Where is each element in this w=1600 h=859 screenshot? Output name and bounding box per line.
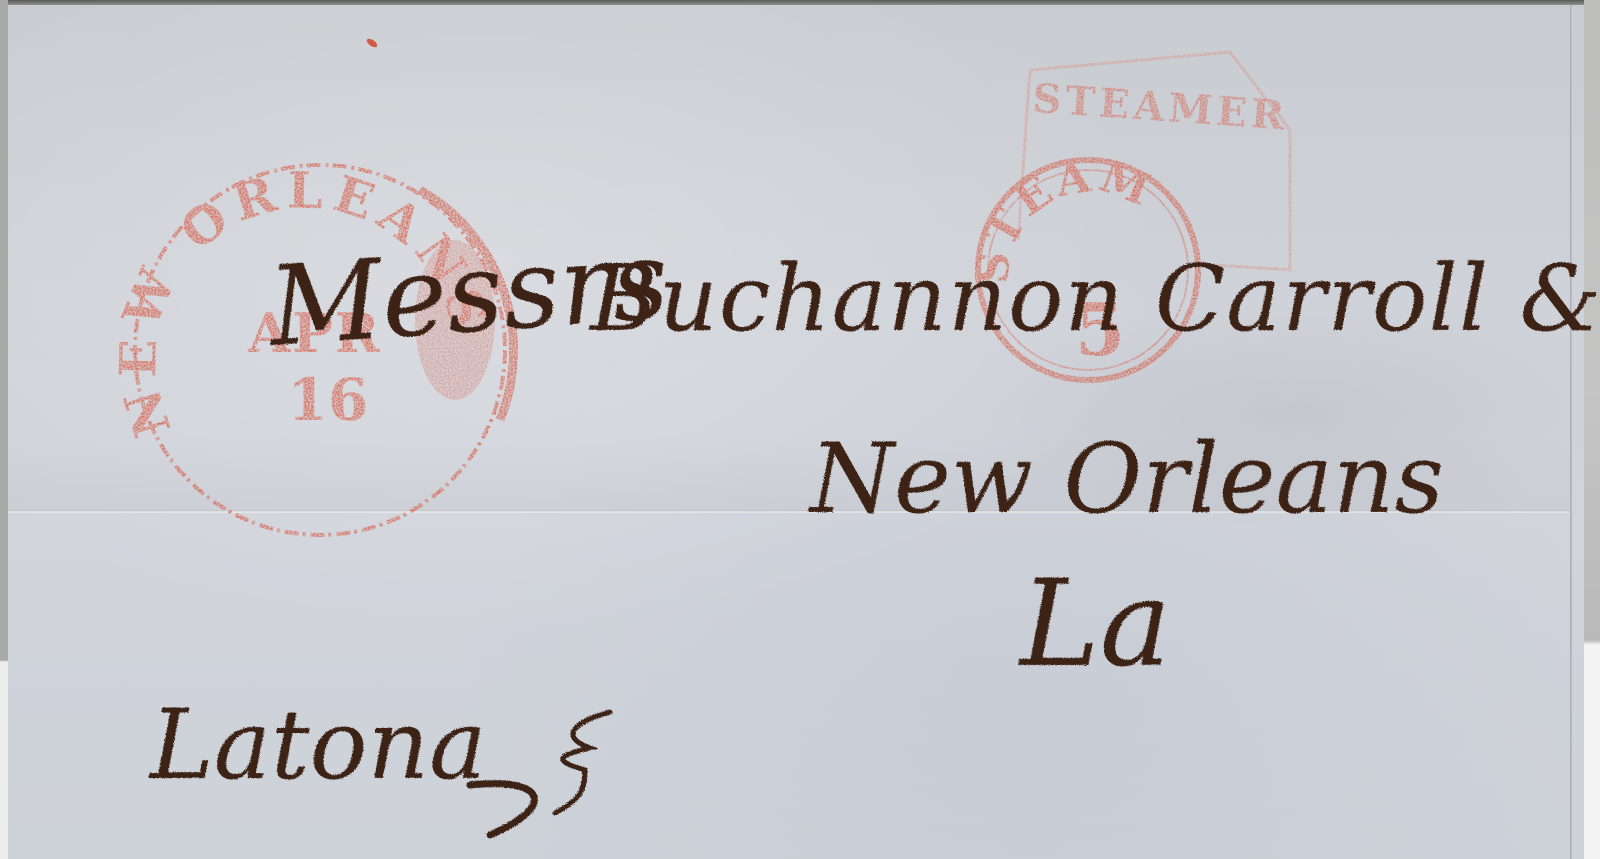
address-city: New Orleans xyxy=(808,423,1444,535)
datestamp-day: 16 xyxy=(288,366,369,434)
endorsement-ship-name: Latona xyxy=(148,689,486,801)
steamer-text: STEAMER xyxy=(1031,75,1290,140)
red-ink-speck xyxy=(365,37,378,49)
handwritten-address: Messrs Buchannon Carroll & Co New Orlean… xyxy=(263,215,1600,694)
ship-endorsement: Latona xyxy=(148,689,610,835)
address-addressee: Buchannon Carroll & Co xyxy=(588,245,1600,352)
address-state: La xyxy=(1018,555,1171,694)
scene: NEW ORLEANS APR 16 STEAMER STEAM 5 xyxy=(0,0,1600,859)
markings-layer: NEW ORLEANS APR 16 STEAMER STEAM 5 xyxy=(0,0,1600,859)
